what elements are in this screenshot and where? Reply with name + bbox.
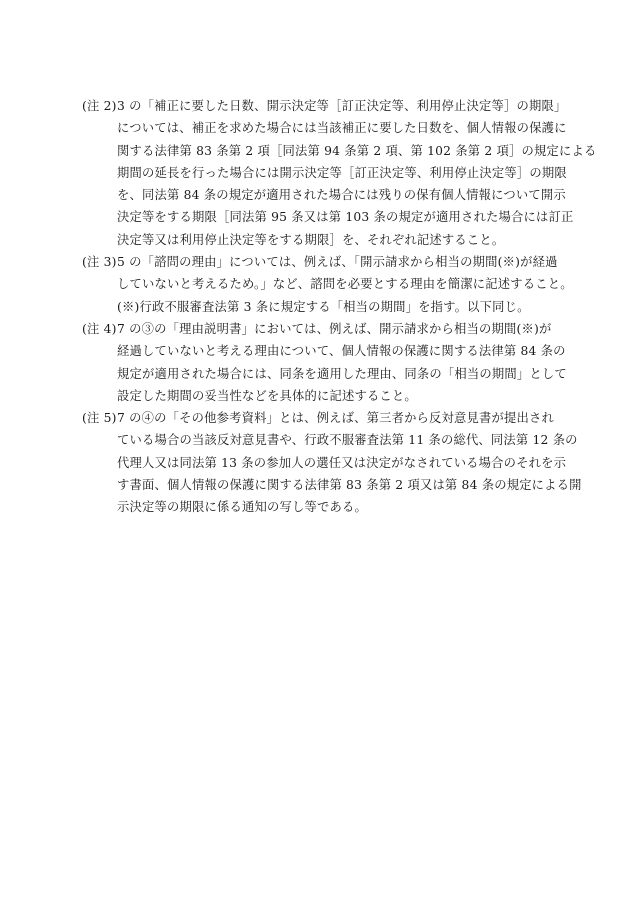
note-line: 代理人又は同法第 13 条の参加人の選任又は決定がなされている場合のそれを示 bbox=[117, 452, 562, 474]
note-2: (注 2) 3 の「補正に要した日数、開示決定等［訂正決定等、利用停止決定等］の… bbox=[82, 95, 562, 251]
note-line: 示決定等の期限に係る通知の写し等である。 bbox=[117, 496, 562, 518]
note-line: 関する法律第 83 条第 2 項［同法第 94 条第 2 項、第 102 条第 … bbox=[117, 140, 562, 162]
note-line: していないと考えるため。」など、諮問を必要とする理由を簡潔に記述すること。 bbox=[117, 273, 562, 295]
note-5: (注 5) 7 の④の「その他参考資料」とは、例えば、第三者から反対意見書が提出… bbox=[82, 407, 562, 518]
note-line: 3 の「補正に要した日数、開示決定等［訂正決定等、利用停止決定等］の期限」 bbox=[117, 95, 562, 117]
notes-list: (注 2) 3 の「補正に要した日数、開示決定等［訂正決定等、利用停止決定等］の… bbox=[82, 95, 562, 519]
note-line: 決定等又は利用停止決定等をする期限］を、それぞれ記述すること。 bbox=[117, 229, 562, 251]
note-line: 決定等をする期限［同法第 95 条又は第 103 条の規定が適用された場合には訂… bbox=[117, 206, 562, 228]
note-line: 設定した期間の妥当性などを具体的に記述すること。 bbox=[117, 385, 562, 407]
note-line: 7 の④の「その他参考資料」とは、例えば、第三者から反対意見書が提出され bbox=[117, 407, 562, 429]
note-line: 5 の「諮問の理由」については、例えば、「開示請求から相当の期間(※)が経過 bbox=[117, 251, 562, 273]
document-page: (注 2) 3 の「補正に要した日数、開示決定等［訂正決定等、利用停止決定等］の… bbox=[0, 0, 630, 903]
note-4: (注 4) 7 の③の「理由説明書」においては、例えば、開示請求から相当の期間(… bbox=[82, 318, 562, 407]
note-line: 規定が適用された場合には、同条を適用した理由、同条の「相当の期間」として bbox=[117, 363, 562, 385]
note-label: (注 5) bbox=[82, 407, 117, 429]
note-line: を、同法第 84 条の規定が適用された場合には残りの保有個人情報について開示 bbox=[117, 184, 562, 206]
note-label: (注 2) bbox=[82, 95, 117, 117]
note-line: ている場合の当該反対意見書や、行政不服審査法第 11 条の総代、同法第 12 条… bbox=[117, 429, 562, 451]
note-line: については、補正を求めた場合には当該補正に要した日数を、個人情報の保護に bbox=[117, 117, 562, 139]
note-footnote: (※)行政不服審査法第 3 条に規定する「相当の期間」を指す。以下同じ。 bbox=[117, 296, 562, 318]
note-line: 経過していないと考える理由について、個人情報の保護に関する法律第 84 条の bbox=[117, 340, 562, 362]
note-line: 期間の延長を行った場合には開示決定等［訂正決定等、利用停止決定等］の期限 bbox=[117, 162, 562, 184]
note-line: 7 の③の「理由説明書」においては、例えば、開示請求から相当の期間(※)が bbox=[117, 318, 562, 340]
note-label: (注 3) bbox=[82, 251, 117, 273]
note-line: す書面、個人情報の保護に関する法律第 83 条第 2 項又は第 84 条の規定に… bbox=[117, 474, 562, 496]
note-3: (注 3) 5 の「諮問の理由」については、例えば、「開示請求から相当の期間(※… bbox=[82, 251, 562, 318]
note-label: (注 4) bbox=[82, 318, 117, 340]
